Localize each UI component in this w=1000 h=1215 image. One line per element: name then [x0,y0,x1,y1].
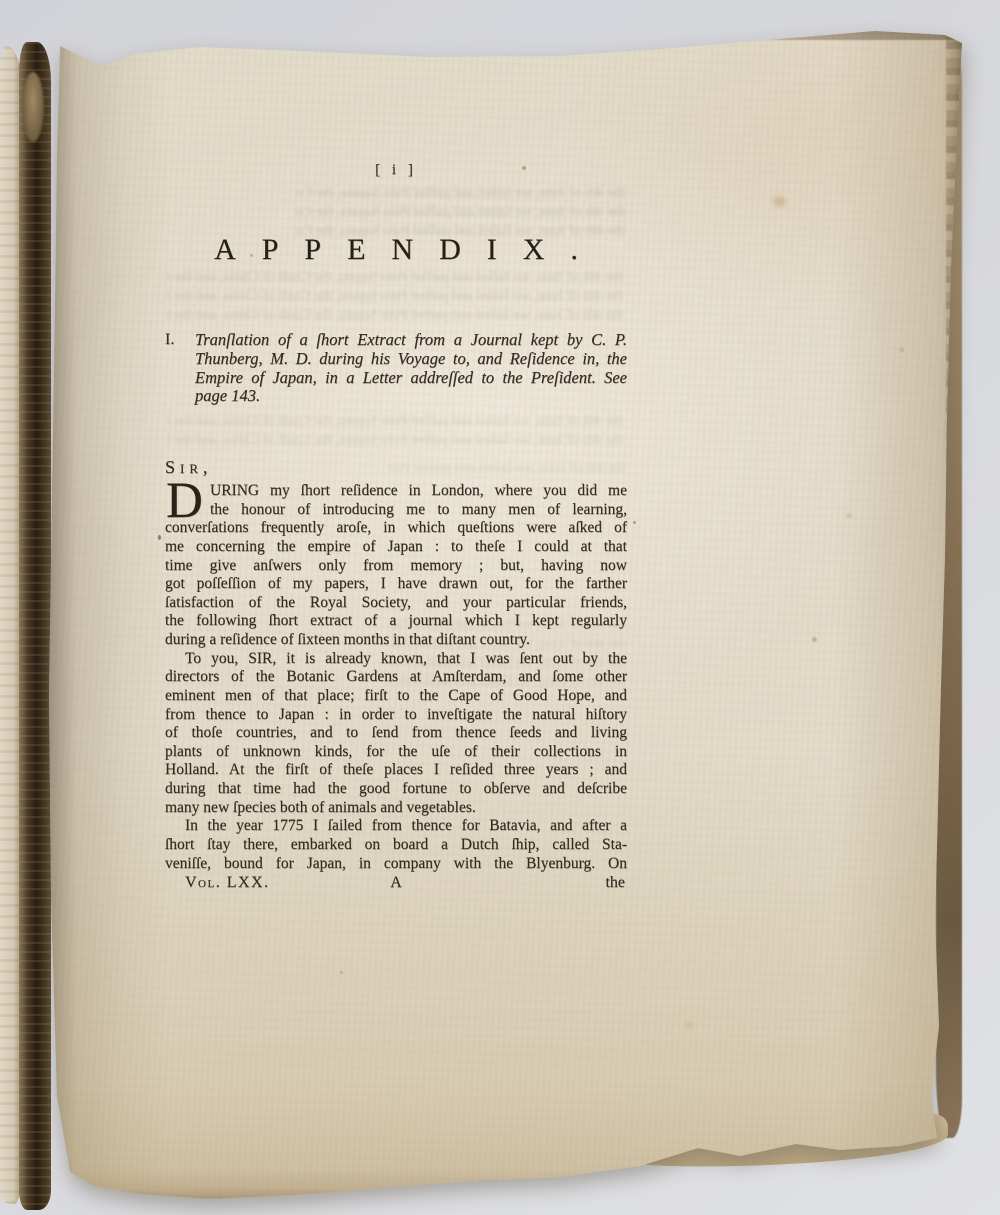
article-number: I. [165,331,174,350]
body-line: To you, SIR, it is already known, that I… [165,650,627,669]
foxing-spot [846,513,852,518]
body-text: D URING my ſhort reſidence in London, wh… [165,482,627,893]
body-line: the following ſhort extract of a journal… [165,612,627,631]
showthrough-line: the 4th of June, we failed and paffed Pu… [168,268,623,287]
showthrough-line: the 4th of June, we failed and paffed Pu… [168,306,623,325]
foxing-spot [685,1021,694,1028]
body-line: ſhort ſtay there, embarked on board a Du… [165,836,627,855]
body-line: ſatisfaction of the Royal Society, and y… [165,594,627,613]
foxing-spot [812,637,817,642]
article-heading: I. Tranſlation of a ſhort Extract from a… [165,331,627,406]
body-line: converſations frequently aroſe, in which… [165,519,627,538]
showthrough-line: the 4th of June, we failed and paffed Pu… [168,431,623,450]
foxing-spot [340,971,343,974]
showthrough-text-block: the 4th of June, we failed and paffed Pu… [388,459,626,479]
page-top-worn-edge [40,16,964,40]
body-line: eminent men of that place; firſt to the … [165,687,627,706]
foxing-spot [633,521,636,524]
page-bottom-worn-edge [40,1168,964,1202]
foxing-spot [158,535,161,540]
body-line: during that time had the good fortune to… [165,780,627,799]
body-line: plants of unknown kinds, for the uſe of … [165,743,627,762]
showthrough-line: the 4th of June, we failed and paffed Pu… [168,412,623,431]
body-line: the honour of introducing me to many men… [165,501,627,520]
body-line: directors of the Botanic Gardens at Amſt… [165,668,627,687]
showthrough-line: the 4th of June, we failed and paffed Pu… [295,203,625,222]
body-line: during a reſidence of ſixteen months in … [165,631,627,650]
heading-line: page 143. [195,387,627,406]
drop-cap: D [165,482,210,519]
body-line: many new ſpecies both of animals and veg… [165,799,627,818]
volume-label: Vol. LXX. [185,874,270,893]
body-line: In the year 1775 I ſailed from thence fo… [165,817,627,836]
showthrough-line: the 4th of June, we failed and paffed Pu… [168,287,623,306]
body-line: from thence to Japan : in order to inveſ… [165,706,627,725]
heading-line: Tranſlation of a ſhort Extract from a Jo… [195,331,627,350]
book-page: the 4th of June, we failed and paffed Pu… [40,16,964,1202]
catchword: the [605,874,625,893]
page-right-deckle-edge [946,16,964,1202]
foxing-spot [773,196,786,207]
page-footer: Vol. LXX. A the [165,874,627,893]
body-line: URING my ſhort reſidence in London, wher… [165,482,627,501]
page-shadow-wrap: the 4th of June, we failed and paffed Pu… [0,0,1000,1215]
body-line: Holland. At the firſt of theſe places I … [165,761,627,780]
body-line: time give anſwers only from memory ; but… [165,557,627,576]
page-title: APPENDIX. [178,233,640,267]
body-line: got poſſeſſion of my papers, I have draw… [165,575,627,594]
body-line: of thoſe countries, and to ſend from the… [165,724,627,743]
showthrough-line: the 4th of June, we failed and paffed Pu… [388,459,626,478]
heading-line: Thunberg, M. D. during his Voyage to, an… [195,350,627,369]
photographed-book-scene: the 4th of June, we failed and paffed Pu… [0,0,1000,1215]
showthrough-text-block: the 4th of June, we failed and paffed Pu… [168,268,623,326]
body-line: me concerning the empire of Japan : to t… [165,538,627,557]
showthrough-text-block: the 4th of June, we failed and paffed Pu… [168,412,623,452]
heading-line: Empire of Japan, in a Letter addreſſed t… [195,369,627,388]
showthrough-line: the 4th of June, we failed and paffed Pu… [295,184,625,203]
signature-mark: A [390,874,402,893]
foxing-spot [900,348,904,352]
folio-page-number: [ i ] [165,162,627,179]
body-line: veniſſe, bound for Japan, in company wit… [165,855,627,874]
